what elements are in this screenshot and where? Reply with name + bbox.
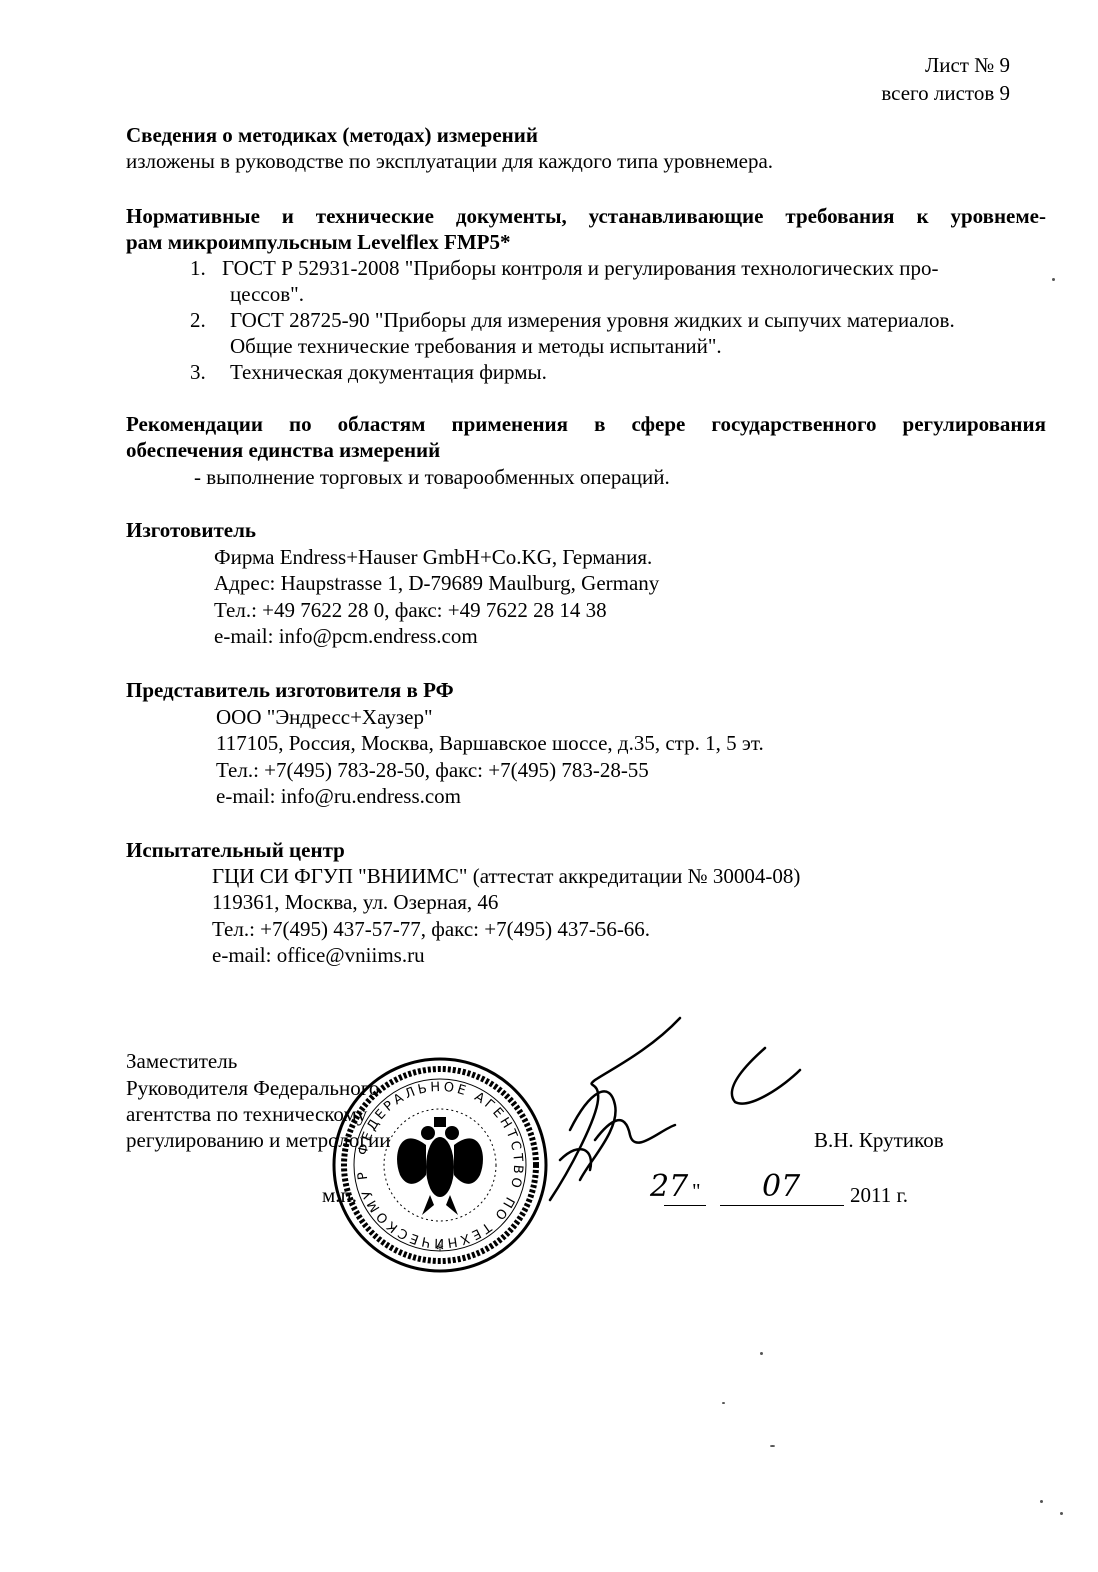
manufacturer-name: Фирма Endress+Hauser GmbH+Co.KG, Германи… [214, 544, 652, 570]
test-center-address: 119361, Москва, ул. Озерная, 46 [212, 889, 498, 915]
recommendations-text: - выполнение торговых и товарообменных о… [194, 464, 670, 490]
manufacturer-phone: Тел.: +49 7622 28 0, факс: +49 7622 28 1… [214, 597, 607, 623]
signatory-title-line1: Заместитель [126, 1048, 237, 1074]
recommendations-heading-line1: Рекомендации по областям применения в сф… [126, 411, 1046, 437]
scan-speck [1052, 278, 1055, 281]
sheet-number: Лист № 9 [925, 52, 1010, 78]
scan-speck [1060, 1512, 1063, 1515]
scan-speck [722, 1402, 725, 1404]
list-item-number: 1. [190, 255, 206, 281]
scan-speck [770, 1445, 775, 1447]
list-item-text-cont: цессов". [230, 281, 304, 307]
list-item-number: 3. [190, 359, 206, 385]
normative-heading-line2: рам микроимпульсным Levelflex FMP5* [126, 229, 511, 255]
representative-phone: Тел.: +7(495) 783-28-50, факс: +7(495) 7… [216, 757, 649, 783]
sheet-total: всего листов 9 [881, 80, 1010, 106]
list-item-text: Техническая документация фирмы. [230, 359, 547, 385]
representative-address: 117105, Россия, Москва, Варшавское шоссе… [216, 730, 764, 756]
test-center-heading: Испытательный центр [126, 837, 345, 863]
svg-text:*: * [436, 1242, 444, 1259]
list-item-text: ГОСТ Р 52931-2008 "Приборы контроля и ре… [222, 255, 938, 281]
handwritten-signature-icon [500, 1010, 820, 1210]
scan-speck [760, 1352, 763, 1355]
signatory-name: В.Н. Крутиков [814, 1127, 944, 1153]
normative-heading-line1: Нормативные и технические документы, уст… [126, 203, 1046, 229]
test-center-email: e-mail: office@vniims.ru [212, 942, 425, 968]
scan-speck [1040, 1500, 1043, 1503]
list-item-text: ГОСТ 28725-90 "Приборы для измерения уро… [230, 307, 955, 333]
test-center-name: ГЦИ СИ ФГУП "ВНИИМС" (аттестат аккредита… [212, 863, 800, 889]
representative-heading: Представитель изготовителя в РФ [126, 677, 454, 703]
manufacturer-address: Адрес: Haupstrasse 1, D-79689 Maulburg, … [214, 570, 659, 596]
manufacturer-heading: Изготовитель [126, 517, 256, 543]
representative-email: e-mail: info@ru.endress.com [216, 783, 461, 809]
list-item-text-cont: Общие технические требования и методы ис… [230, 333, 722, 359]
recommendations-heading-line2: обеспечения единства измерений [126, 437, 440, 463]
test-center-phone: Тел.: +7(495) 437-57-77, факс: +7(495) 4… [212, 916, 650, 942]
methods-text: изложены в руководстве по эксплуатации д… [126, 148, 773, 174]
date-year: 2011 г. [850, 1182, 908, 1208]
manufacturer-email: e-mail: info@pcm.endress.com [214, 623, 478, 649]
methods-heading: Сведения о методиках (методах) измерений [126, 122, 538, 148]
representative-name: ООО "Эндресс+Хаузер" [216, 704, 433, 730]
list-item-number: 2. [190, 307, 206, 333]
